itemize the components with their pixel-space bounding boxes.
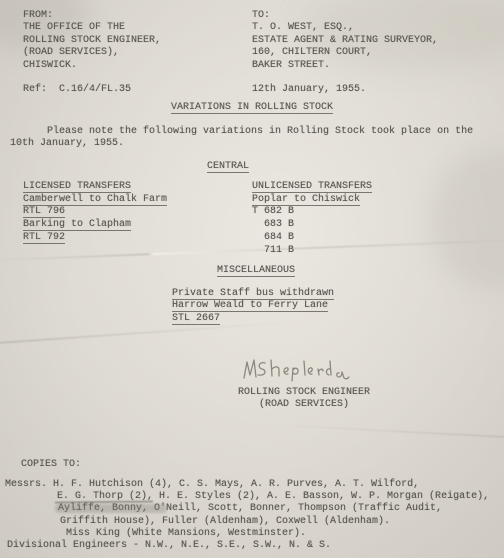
to-address-line: BAKER STREET. [252,60,438,72]
licensed-transfers-column: LICENSED TRANSFERS Camberwell to Chalk F… [23,181,167,245]
to-address-block: TO: T. O. WEST, ESQ., ESTATE AGENT & RAT… [252,10,438,72]
miscellaneous-line: Private Staff bus withdrawn [172,288,334,300]
vehicle-number: 711 B [252,245,372,258]
copies-line: Messrs. H. F. Hutchison (4), C. S. Mays,… [5,479,504,491]
copies-line: Griffith House), Fuller (Aldenham), Coxw… [60,516,504,528]
central-heading-row: CENTRAL [0,161,480,173]
signatory-title: ROLLING STOCK ENGINEER [236,387,372,399]
from-address-line: THE OFFICE OF THE [23,22,161,34]
from-label: FROM: [23,10,161,22]
document-title: VARIATIONS IN ROLLING STOCK [171,102,333,114]
licensed-transfers-heading: LICENSED TRANSFERS [23,181,167,194]
miscellaneous-heading-row: MISCELLANEOUS [4,265,504,277]
title-row: VARIATIONS IN ROLLING STOCK [0,102,504,114]
miscellaneous-line: Harrow Weald to Ferry Lane [172,300,334,312]
unlicensed-transfers-column: UNLICENSED TRANSFERS Poplar to Chiswick … [252,181,372,257]
paper-crease [0,322,290,345]
vehicle-number: 683 B [252,219,372,232]
to-address-line: T. O. WEST, ESQ., [252,22,438,34]
from-address-line: CHISWICK. [23,60,161,72]
pencil-underline-mark [55,500,153,503]
copies-to-label: COPIES TO: [21,459,81,471]
copies-line: Divisional Engineers - N.W., N.E., S.E.,… [7,540,504,552]
miscellaneous-block: Private Staff bus withdrawn Harrow Weald… [172,288,334,325]
transfer-route: Barking to Clapham [23,219,167,232]
copies-line: Miss King (White Mansions, Westminster). [66,528,504,540]
handwritten-signature [238,356,354,386]
vehicle-number: RTL 796 [23,206,167,219]
transfer-route: Poplar to Chiswick [252,194,372,207]
intro-paragraph: Please note the following variations in … [10,126,494,151]
paper-crease [260,423,504,439]
to-address-line: ESTATE AGENT & RATING SURVEYOR, [252,35,438,47]
letter-date: 12th January, 1955. [252,84,366,96]
unlicensed-transfers-heading: UNLICENSED TRANSFERS [252,181,372,194]
reference-number: Ref: C.16/4/FL.35 [23,84,131,96]
central-section-heading: CENTRAL [207,161,249,173]
signatory-department: (ROAD SERVICES) [236,399,372,411]
intro-line: 10th January, 1955. [10,138,494,150]
from-address-block: FROM: THE OFFICE OF THE ROLLING STOCK EN… [23,10,161,72]
letter-document: FROM: THE OFFICE OF THE ROLLING STOCK EN… [0,0,504,558]
from-address-line: (ROAD SERVICES), [23,47,161,59]
from-address-line: ROLLING STOCK ENGINEER, [23,35,161,47]
transfer-route: Camberwell to Chalk Farm [23,194,167,207]
vehicle-number: 684 B [252,232,372,245]
vehicle-number: STL 2667 [172,313,334,325]
to-label: TO: [252,10,438,22]
vehicle-number: RTL 792 [23,232,167,245]
signatory-title-block: ROLLING STOCK ENGINEER (ROAD SERVICES) [236,387,372,412]
miscellaneous-section-heading: MISCELLANEOUS [217,265,295,277]
pencil-smudge-mark [55,504,167,513]
to-address-line: 160, CHILTERN COURT, [252,47,438,59]
intro-line: Please note the following variations in … [10,126,494,138]
vehicle-number: T 682 B [252,206,372,219]
copies-list: Messrs. H. F. Hutchison (4), C. S. Mays,… [0,479,504,552]
